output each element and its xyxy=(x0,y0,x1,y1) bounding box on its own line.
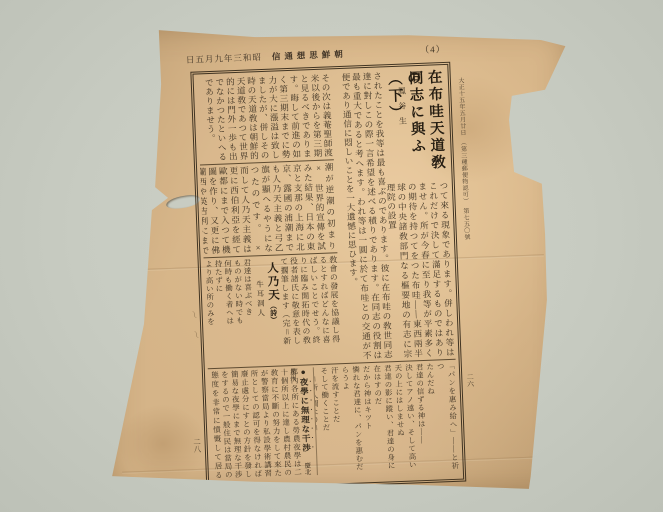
poem-opening-lines: 君達は喜ぶべき ものがない時でも 何時も働く者へは 持たずに より高い所のみを … xyxy=(206,259,255,349)
poem-title-text: 人乃天 xyxy=(266,262,280,303)
poem-title-note: （詩） xyxy=(269,302,278,323)
publication-info-line: 大正十五年五月廿日 （第三種郵便物認可） 第七五〇號 xyxy=(456,77,473,292)
news-body-text: 郡內各所にある勞農夜學は二十個所以上に達し農村農民の敎育に不斷の努力をして來たが… xyxy=(209,368,303,479)
article-title-block: 在布哇天道敎の 同志に與ふ（下） 鳳谷生 xyxy=(382,69,448,183)
page-number: （4） xyxy=(420,42,446,56)
upper-section: 在布哇天道敎の 同志に與ふ（下） 鳳谷生 つて來る現象であります。併しわれ等はこ… xyxy=(197,69,456,366)
text-frame: 在布哇天道敎の 同志に與ふ（下） 鳳谷生 つて來る現象であります。併しわれ等はこ… xyxy=(190,62,466,492)
news-brief: ●夜學に無理な干渉 慶北星州 郡內各所にある勞農夜學は二十個所以上に達し農村農民… xyxy=(208,367,317,479)
sheet-number-right: 二六 xyxy=(465,373,476,387)
article-segment2-text: されたことを我等は最も喜ぶのであります。彼に在布哇の敎世同志達に對しこの際一言希… xyxy=(331,71,394,361)
lower-section: 「パンを惠み給へ」——と祈つ たんだね 君達の信ずる神は—— 決してアノ遠い、そ… xyxy=(208,362,460,479)
header-date: 昭和三年九月五日 xyxy=(186,51,262,66)
poem-body-lines: 「パンを惠み給へ」——と祈つ たんだね 君達の信ずる神は—— 決してアノ遠い、そ… xyxy=(313,362,460,475)
article-segment4-text: 潮が逆潮の初まり × 世界的宣傳を試みた結果、日本の東京と支那の上海に北京、露國… xyxy=(200,162,337,255)
article-opening-text: つて來る現象であります。併しわれ等はこれだけで決して滿足するものではありません。… xyxy=(387,181,456,359)
printed-page: 昭和三年九月五日 朝鮮思想通信 （4） 大正十五年五月廿日 （第三種郵便物認可）… xyxy=(189,37,498,500)
poem-heading-block: 人乃天（詩） 牛耳洞人 xyxy=(252,257,283,346)
masthead-title: 朝鮮思想通信 xyxy=(272,48,347,63)
background-surface: 〜 〜 昭和三年九月五日 朝鮮思想通信 （4） 大正十五年五月廿日 （第三種郵便… xyxy=(0,0,663,512)
sheet-number-left: 二八 xyxy=(191,438,203,453)
article-closing-text: 敎會の發展を協議し得るとすればどんなに喜ばしいことでせう。終りに臨み開拓時代の敎… xyxy=(280,255,341,345)
article-end-and-poem-start: 敎會の發展を協議し得るとすればどんなに喜ばしいことでせう。終りに臨み開拓時代の敎… xyxy=(204,255,341,348)
article-segment3-text: その次は義菴聖師渡米以後からを第三期と見るべきであります。晦して前進の如く第三期… xyxy=(197,73,334,162)
news-bullet: ● xyxy=(299,367,308,377)
article-title-line1: 在布哇天道敎の xyxy=(425,69,448,182)
title-and-opening-column: 在布哇天道敎の 同志に與ふ（下） 鳳谷生 つて來る現象であります。併しわれ等はこ… xyxy=(382,69,455,359)
left-column-group: その次は義菴聖師渡米以後からを第三期と見るべきであります。晦して前進の如く第三期… xyxy=(197,73,342,366)
newspaper-sheet: 〜 〜 昭和三年九月五日 朝鮮思想通信 （4） 大正十五年五月廿日 （第三種郵便… xyxy=(108,24,570,494)
